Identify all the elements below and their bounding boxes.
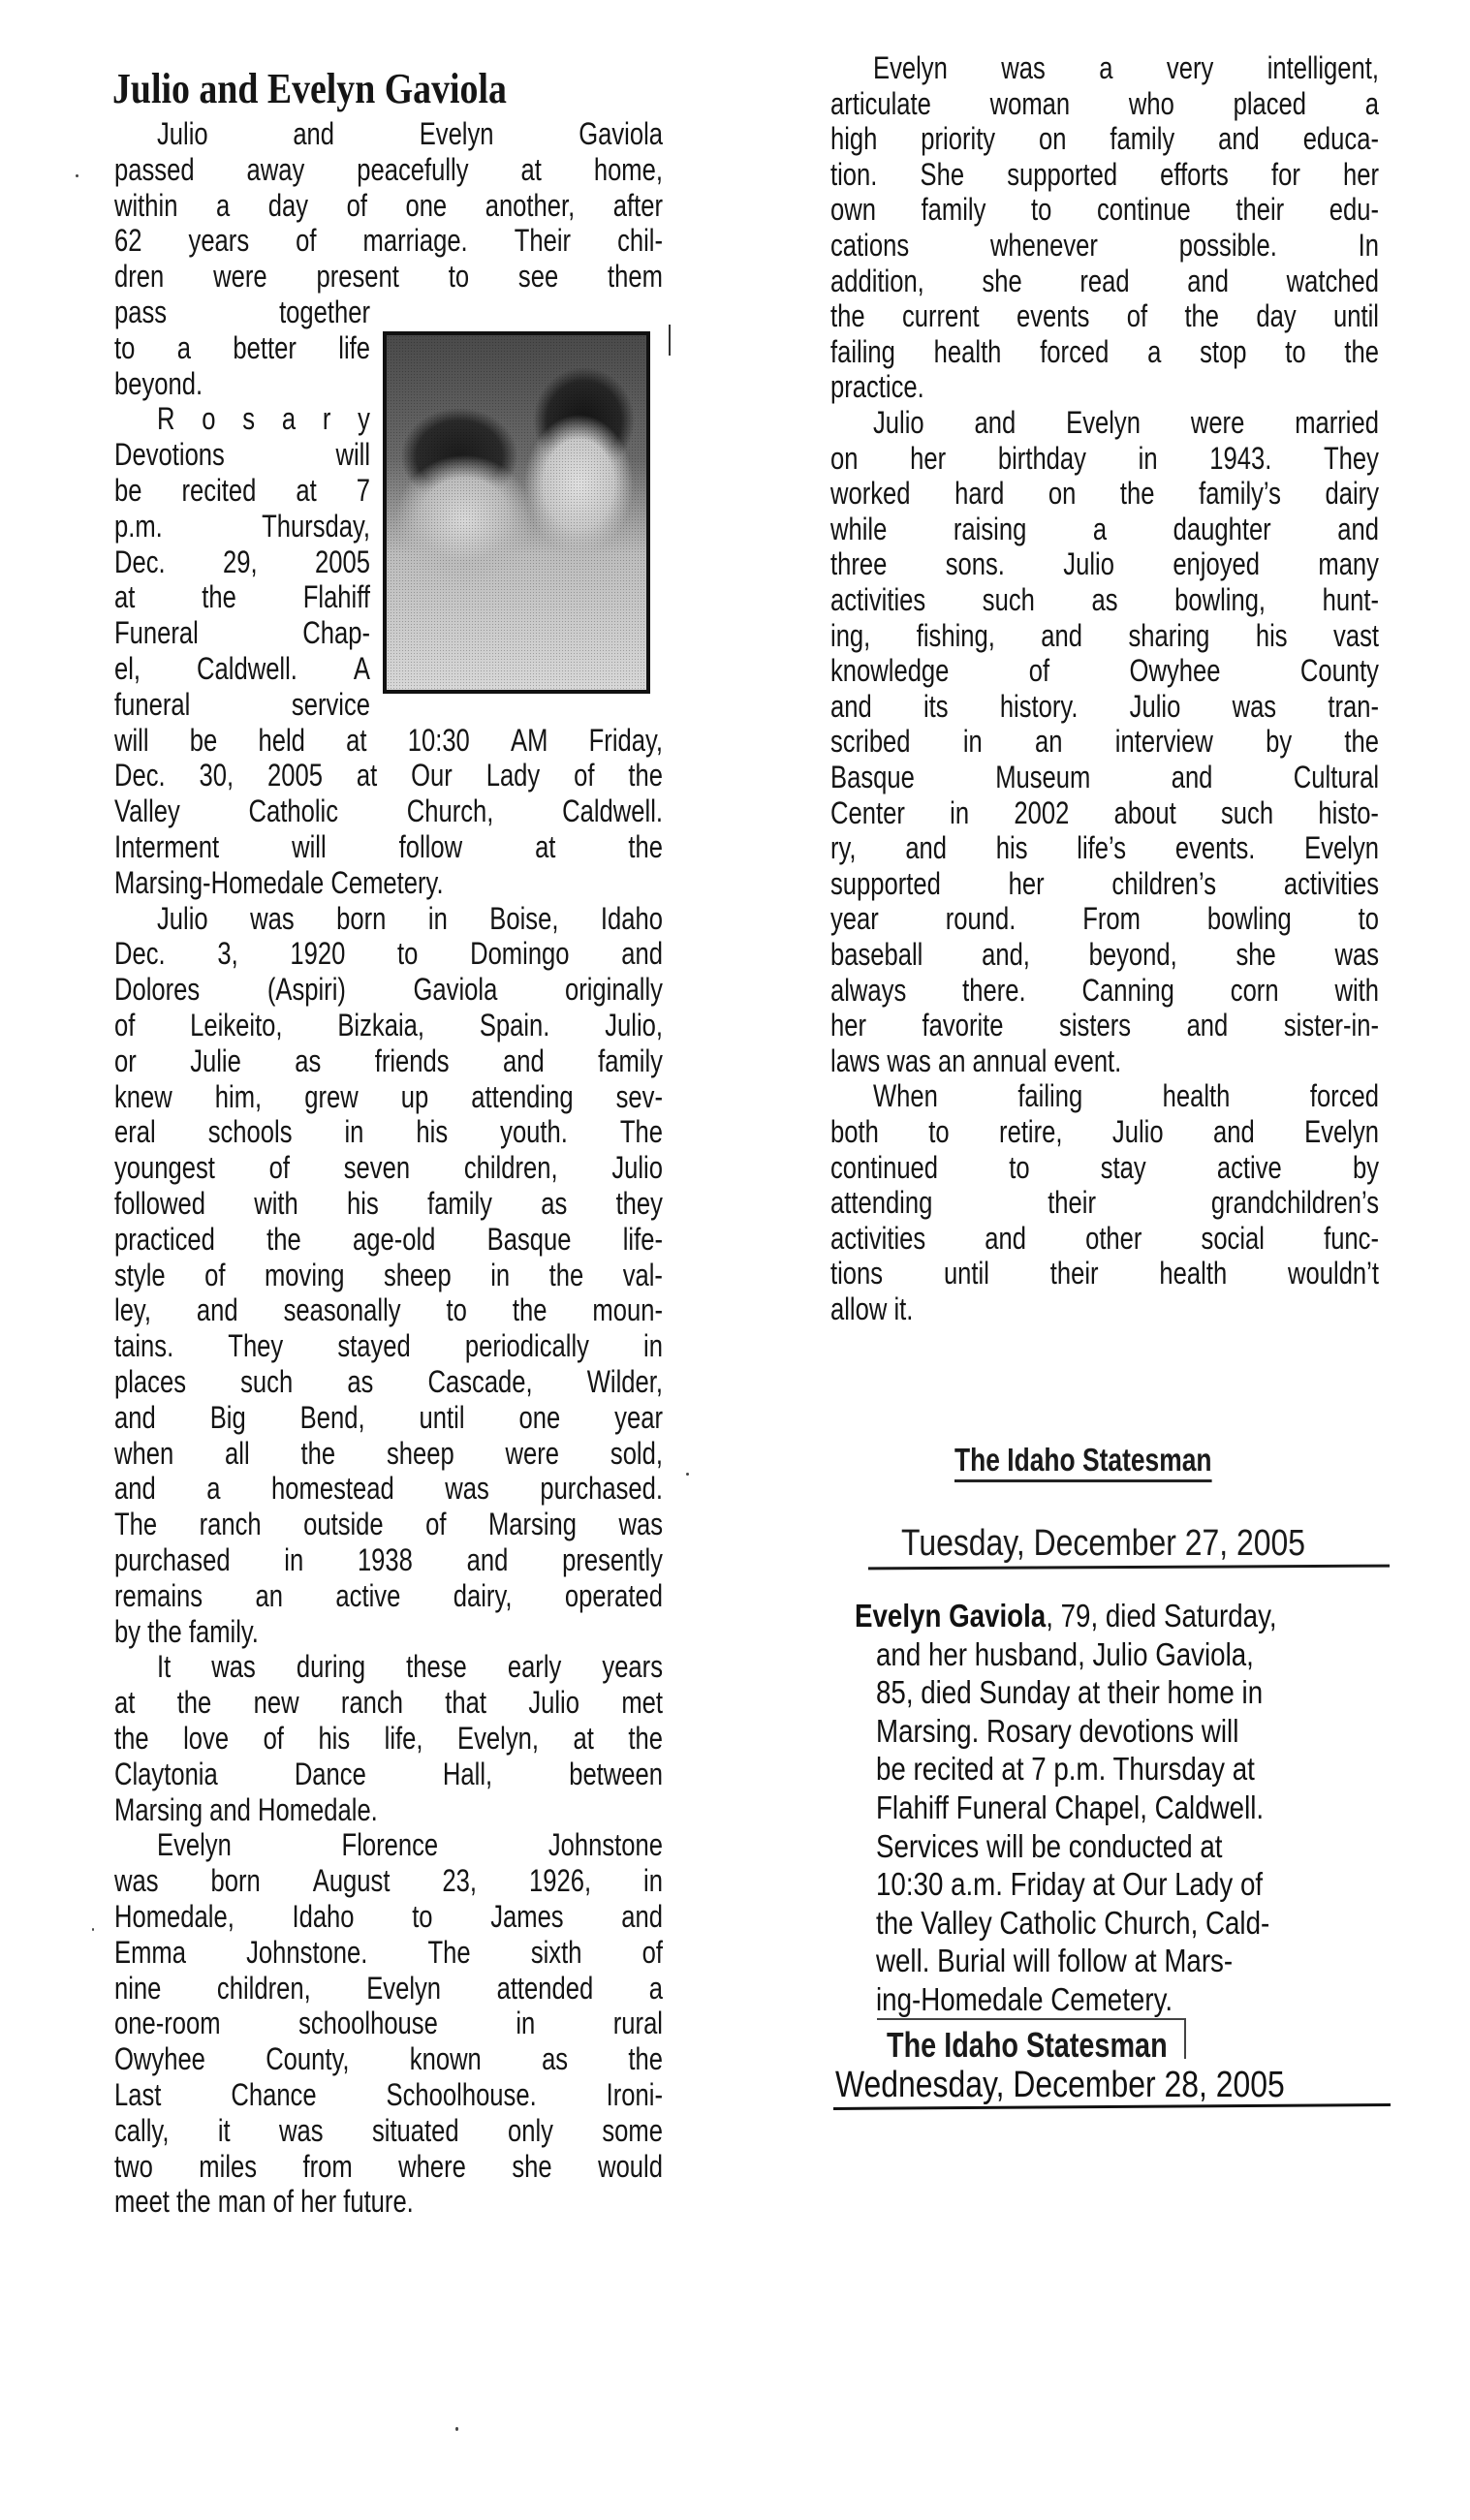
text-line: eralschoolsinhisyouth.The bbox=[114, 1114, 663, 1150]
text-line: onherbirthdayin1943.They bbox=[830, 441, 1379, 477]
text-line: ley,andseasonallytothemoun- bbox=[114, 1292, 663, 1328]
text-line: Homedale,IdahotoJamesand bbox=[114, 1899, 663, 1935]
text-line: Evelynwasaveryintelligent, bbox=[873, 50, 1379, 86]
text-line: andBigBend,untiloneyear bbox=[114, 1400, 663, 1436]
text-line: baseballand,beyond,shewas bbox=[830, 937, 1379, 973]
scan-speck bbox=[92, 1928, 94, 1931]
text-line: passedawaypeacefullyathome, bbox=[114, 152, 663, 188]
text-line: drenwerepresenttoseethem bbox=[114, 259, 663, 295]
text-line: whileraisingadaughterand bbox=[830, 512, 1379, 547]
notice-line: Marsing. Rosary devotions will bbox=[876, 1712, 1238, 1751]
text-line: FuneralChap- bbox=[114, 615, 370, 651]
masthead-idaho-statesman-2: The Idaho Statesman bbox=[887, 2025, 1168, 2066]
text-line: followedwithhisfamilyasthey bbox=[114, 1186, 663, 1222]
text-line: practicedtheage-oldBasquelife- bbox=[114, 1222, 663, 1258]
article-title: Julio and Evelyn Gaviola bbox=[112, 64, 507, 113]
text-line: p.m.Thursday, bbox=[114, 509, 370, 544]
text-line: activitiessuchasbowling,hunt- bbox=[830, 582, 1379, 618]
text-line: workedhardonthefamily’sdairy bbox=[830, 476, 1379, 512]
text-line: Marsing and Homedale. bbox=[114, 1792, 663, 1828]
notice-line: be recited at 7 p.m. Thursday at bbox=[876, 1750, 1255, 1789]
text-line: threesons.Julioenjoyedmany bbox=[830, 546, 1379, 582]
notice-line: Services will be conducted at bbox=[876, 1827, 1222, 1866]
notice-line: Evelyn Gaviola, 79, died Saturday, bbox=[855, 1597, 1277, 1635]
masthead-idaho-statesman-1: The Idaho Statesman bbox=[954, 1442, 1212, 1482]
text-line: yearround.Frombowlingto bbox=[830, 901, 1379, 937]
text-line: addition,shereadandwatched bbox=[830, 264, 1379, 299]
text-line: herfavoritesistersandsister-in- bbox=[830, 1008, 1379, 1043]
text-line: berecitedat7 bbox=[114, 473, 370, 509]
text-line: Dolores(Aspiri)Gaviolaoriginally bbox=[114, 972, 663, 1008]
text-line: Dec.30,2005atOurLadyofthe bbox=[114, 758, 663, 793]
text-line: Dec.29,2005 bbox=[114, 544, 370, 580]
notice-line: the Valley Catholic Church, Cald- bbox=[876, 1904, 1269, 1943]
text-line: styleofmovingsheepintheval- bbox=[114, 1258, 663, 1293]
text-line: wasbornAugust23,1926,in bbox=[114, 1863, 663, 1899]
text-line: Intermentwillfollowatthe bbox=[114, 829, 663, 865]
column-rule bbox=[669, 325, 671, 356]
text-line: remainsanactivedairy,operated bbox=[114, 1578, 663, 1614]
clipping-date-1: Tuesday, December 27, 2005 bbox=[901, 1523, 1305, 1565]
text-line: Rosary bbox=[157, 401, 370, 437]
text-line: whenallthesheepweresold, bbox=[114, 1436, 663, 1472]
text-line: atthenewranchthatJuliomet bbox=[114, 1685, 663, 1721]
text-line: by the family. bbox=[114, 1614, 663, 1650]
text-line: Itwasduringtheseearlyyears bbox=[157, 1649, 663, 1685]
text-line: twomilesfromwhereshewould bbox=[114, 2149, 663, 2185]
text-line: Devotionswill bbox=[114, 437, 370, 473]
text-line: ClaytoniaDanceHall,between bbox=[114, 1757, 663, 1792]
text-line: youngestofsevenchildren,Julio bbox=[114, 1150, 663, 1186]
text-line: anditshistory.Juliowastran- bbox=[830, 689, 1379, 725]
text-line: articulatewomanwhoplaceda bbox=[830, 86, 1379, 122]
text-line: attendingtheirgrandchildren’s bbox=[830, 1185, 1379, 1221]
notice-line: 85, died Sunday at their home in bbox=[876, 1673, 1263, 1712]
text-line: cationswheneverpossible.In bbox=[830, 228, 1379, 264]
text-line: knowledgeofOwyheeCounty bbox=[830, 653, 1379, 689]
photo-halftone bbox=[387, 335, 646, 690]
text-line: LastChanceSchoolhouse.Ironi- bbox=[114, 2077, 663, 2113]
text-line: knewhim,grewupattendingsev- bbox=[114, 1079, 663, 1115]
text-line: BasqueMuseumandCultural bbox=[830, 760, 1379, 795]
text-line: activitiesandothersocialfunc- bbox=[830, 1221, 1379, 1257]
notice-line: well. Burial will follow at Mars- bbox=[876, 1942, 1233, 1980]
text-line: attheFlahiff bbox=[114, 579, 370, 615]
text-line: theloveofhislife,Evelyn,atthe bbox=[114, 1721, 663, 1757]
scan-speck bbox=[686, 1473, 689, 1476]
text-line: allow it. bbox=[830, 1291, 1379, 1327]
text-line: tion.Shesupportedeffortsforher bbox=[830, 157, 1379, 193]
text-line: thecurrenteventsofthedayuntil bbox=[830, 298, 1379, 334]
text-line: ownfamilytocontinuetheiredu- bbox=[830, 192, 1379, 228]
text-line: scribedinaninterviewbythe bbox=[830, 724, 1379, 760]
text-line: willbeheldat10:30AMFriday, bbox=[114, 723, 663, 759]
text-line: EvelynFlorenceJohnstone bbox=[157, 1827, 663, 1863]
text-line: Marsing-Homedale Cemetery. bbox=[114, 865, 663, 901]
text-line: ninechildren,Evelynattendeda bbox=[114, 1971, 663, 2007]
notice-lead-name: Evelyn Gaviola bbox=[855, 1598, 1046, 1633]
notice-line: ing-Homedale Cemetery. bbox=[876, 1980, 1173, 2019]
text-line: cally,itwassituatedonlysome bbox=[114, 2113, 663, 2149]
text-line: Centerin2002aboutsuchhisto- bbox=[830, 795, 1379, 831]
text-line: highpriorityonfamilyandeduca- bbox=[830, 121, 1379, 157]
notice-line: 10:30 a.m. Friday at Our Lady of bbox=[876, 1865, 1263, 1904]
text-line: failinghealthforcedastoptothe bbox=[830, 334, 1379, 370]
text-line: alwaysthere.Canningcornwith bbox=[830, 973, 1379, 1009]
text-line: meet the man of her future. bbox=[114, 2184, 663, 2220]
notice-line: and her husband, Julio Gaviola, bbox=[876, 1635, 1254, 1674]
text-line: EmmaJohnstone.Thesixthof bbox=[114, 1935, 663, 1971]
clipping-date-2: Wednesday, December 28, 2005 bbox=[835, 2065, 1285, 2106]
text-line: tains.Theystayedperiodicallyin bbox=[114, 1328, 663, 1364]
text-line: practice. bbox=[830, 369, 1379, 405]
scanned-obituary-page: Julio and Evelyn Gaviola JulioandEvelynG… bbox=[0, 0, 1470, 2520]
notice-line: Flahiff Funeral Chapel, Caldwell. bbox=[876, 1789, 1264, 1827]
text-line: Dec.3,1920toDomingoand bbox=[114, 936, 663, 972]
text-line: purchasedin1938andpresently bbox=[114, 1542, 663, 1578]
text-line: ry,andhislife’sevents.Evelyn bbox=[830, 830, 1379, 866]
text-line: OwyheeCounty,knownasthe bbox=[114, 2041, 663, 2077]
text-line: TheranchoutsideofMarsingwas bbox=[114, 1507, 663, 1542]
text-line: el,Caldwell.A bbox=[114, 651, 370, 687]
date-underline-1 bbox=[868, 1565, 1390, 1571]
text-line: ofLeikeito,Bizkaia,Spain.Julio, bbox=[114, 1008, 663, 1043]
text-line: funeralservice bbox=[114, 687, 370, 723]
text-line: ValleyCatholicChurch,Caldwell. bbox=[114, 793, 663, 829]
text-line: toabetterlife bbox=[114, 330, 370, 366]
text-line: beyond. bbox=[114, 366, 370, 402]
text-line: orJulieasfriendsandfamily bbox=[114, 1043, 663, 1079]
scan-speck bbox=[76, 174, 78, 177]
text-line: placessuchasCascade,Wilder, bbox=[114, 1364, 663, 1400]
text-line: one-roomschoolhouseinrural bbox=[114, 2006, 663, 2041]
text-line: Whenfailinghealthforced bbox=[873, 1078, 1379, 1114]
text-line: laws was an annual event. bbox=[830, 1043, 1379, 1079]
text-line: continuedtostayactiveby bbox=[830, 1150, 1379, 1186]
text-line: JulioandEvelynweremarried bbox=[873, 405, 1379, 441]
text-line: supportedherchildren’sactivities bbox=[830, 866, 1379, 902]
text-line: bothtoretire,JulioandEvelyn bbox=[830, 1114, 1379, 1150]
text-line: JulioandEvelynGaviola bbox=[157, 116, 663, 152]
text-line: andahomesteadwaspurchased. bbox=[114, 1471, 663, 1507]
text-line: ing,fishing,andsharinghisvast bbox=[830, 618, 1379, 654]
text-line: withinadayofoneanother,after bbox=[114, 188, 663, 224]
text-line: 62yearsofmarriage.Theirchil- bbox=[114, 223, 663, 259]
couple-photo bbox=[383, 331, 650, 694]
text-line: passtogether bbox=[114, 295, 370, 330]
text-line: JuliowasborninBoise,Idaho bbox=[157, 901, 663, 937]
scan-speck bbox=[455, 2427, 458, 2431]
text-line: tionsuntiltheirhealthwouldn’t bbox=[830, 1256, 1379, 1291]
